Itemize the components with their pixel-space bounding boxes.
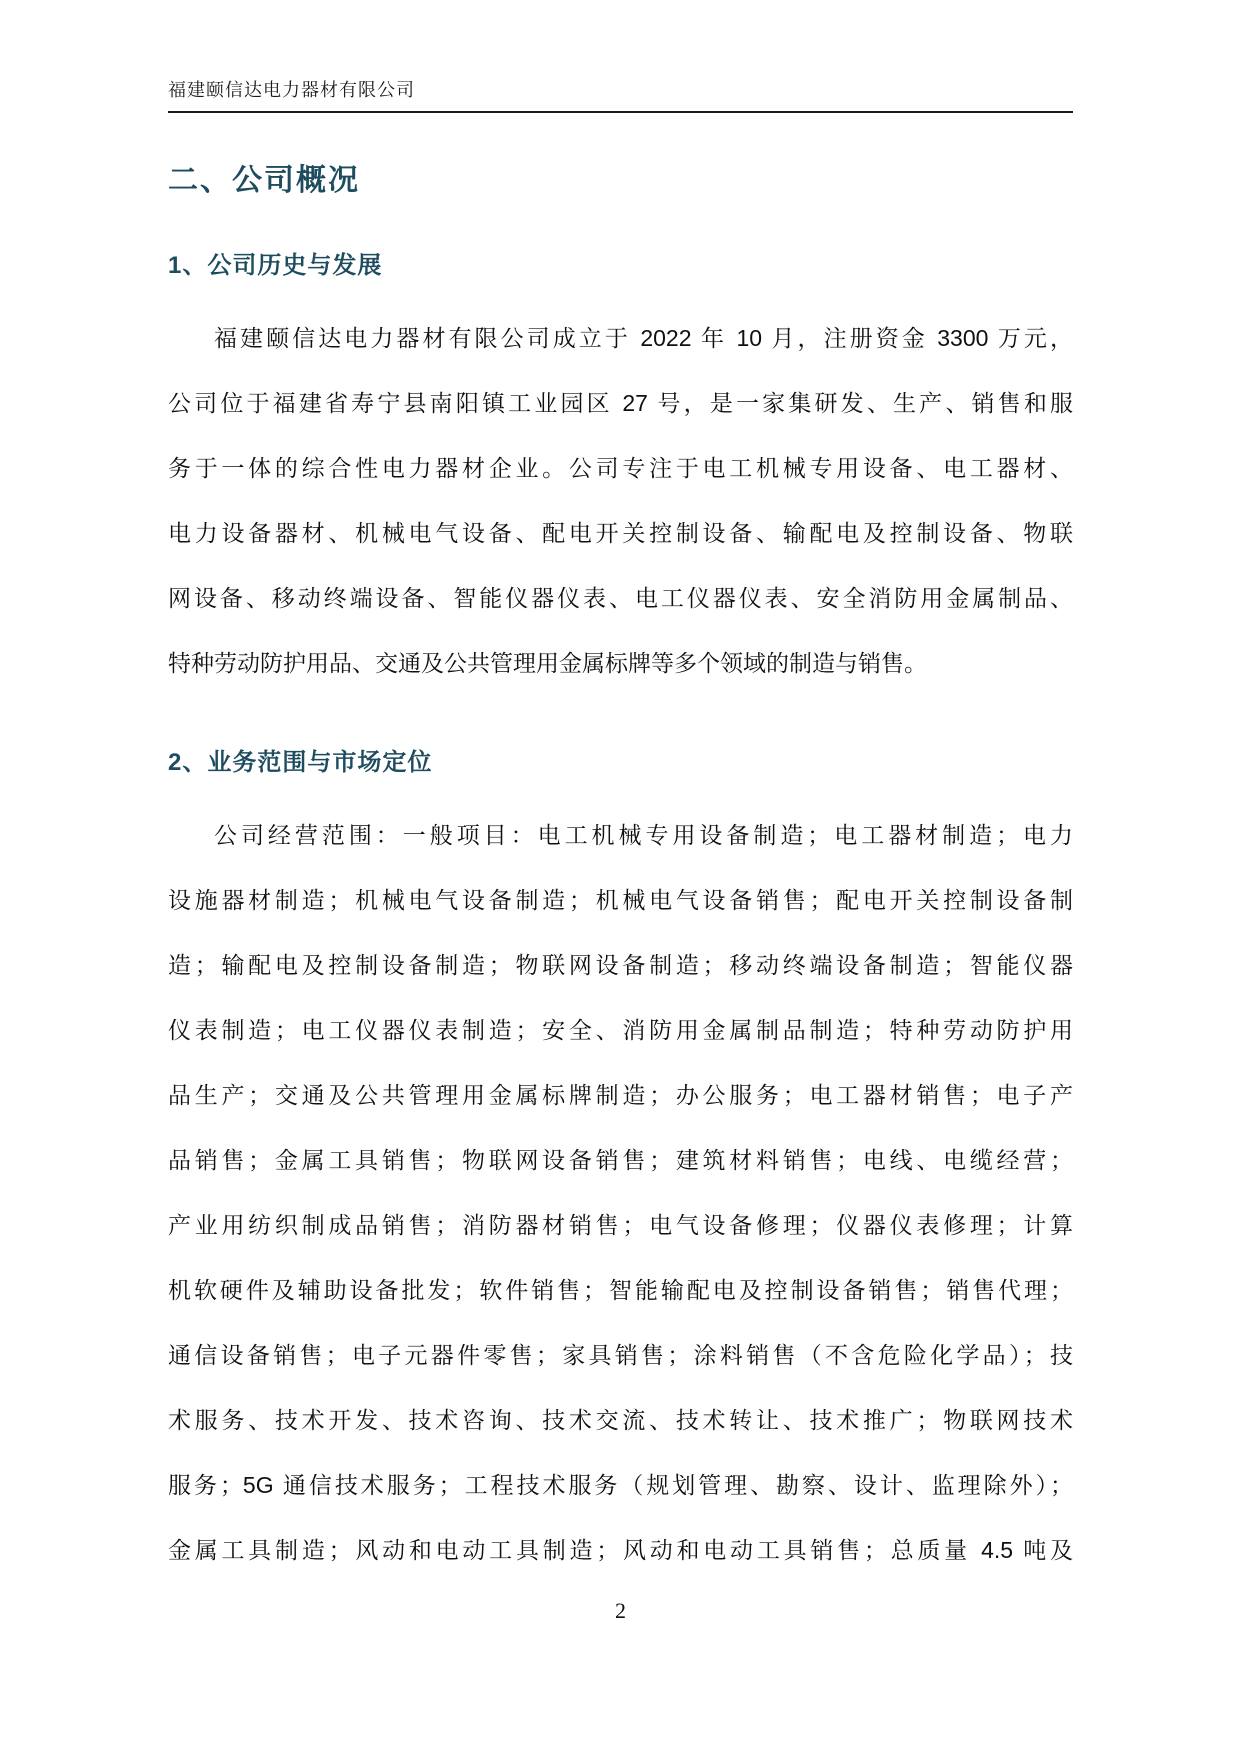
text-line: 品销售；金属工具销售；物联网设备销售；建筑材料销售；电线、电缆经营； xyxy=(168,1128,1073,1193)
text-line: 产业用纺织制成品销售；消防器材销售；电气设备修理；仪器仪表修理；计算 xyxy=(168,1193,1073,1258)
text-line: 术服务、技术开发、技术咨询、技术交流、技术转让、技术推广；物联网技术 xyxy=(168,1388,1073,1453)
text-line: 福建颐信达电力器材有限公司成立于 2022 年 10 月，注册资金 3300 万… xyxy=(168,306,1073,371)
header-company-name: 福建颐信达电力器材有限公司 xyxy=(168,76,1073,102)
text-line: 电力设备器材、机械电气设备、配电开关控制设备、输配电及控制设备、物联 xyxy=(168,501,1073,566)
section-heading-history: 1、公司历史与发展 xyxy=(168,245,1073,280)
page-footer: 2 xyxy=(0,1598,1241,1624)
section-heading-business-scope: 2、业务范围与市场定位 xyxy=(168,742,1073,777)
text-line: 金属工具制造；风动和电动工具制造；风动和电动工具销售；总质量 4.5 吨及 xyxy=(168,1518,1073,1583)
text-line: 设施器材制造；机械电气设备制造；机械电气设备销售；配电开关控制设备制 xyxy=(168,868,1073,933)
text-line: 造；输配电及控制设备制造；物联网设备制造；移动终端设备制造；智能仪器 xyxy=(168,933,1073,998)
document-title: 二、公司概况 xyxy=(168,155,1073,199)
text-line: 通信设备销售；电子元器件零售；家具销售；涂料销售（不含危险化学品）；技 xyxy=(168,1323,1073,1388)
text-line: 品生产；交通及公共管理用金属标牌制造；办公服务；电工器材销售；电子产 xyxy=(168,1063,1073,1128)
text-line: 网设备、移动终端设备、智能仪器仪表、电工仪器仪表、安全消防用金属制品、 xyxy=(168,566,1073,631)
paragraph-business-scope: 公司经营范围：一般项目：电工机械专用设备制造；电工器材制造；电力设施器材制造；机… xyxy=(168,803,1073,1583)
page-header: 福建颐信达电力器材有限公司 xyxy=(168,0,1073,113)
text-line: 公司经营范围：一般项目：电工机械专用设备制造；电工器材制造；电力 xyxy=(168,803,1073,868)
text-line: 公司位于福建省寿宁县南阳镇工业园区 27 号，是一家集研发、生产、销售和服 xyxy=(168,371,1073,436)
document-page: 福建颐信达电力器材有限公司 二、公司概况 1、公司历史与发展 福建颐信达电力器材… xyxy=(0,0,1241,1755)
page-number: 2 xyxy=(615,1598,626,1623)
text-line: 特种劳动防护用品、交通及公共管理用金属标牌等多个领域的制造与销售。 xyxy=(168,631,1073,696)
text-line: 务于一体的综合性电力器材企业。公司专注于电工机械专用设备、电工器材、 xyxy=(168,436,1073,501)
text-line: 机软硬件及辅助设备批发；软件销售；智能输配电及控制设备销售；销售代理； xyxy=(168,1258,1073,1323)
text-line: 仪表制造；电工仪器仪表制造；安全、消防用金属制品制造；特种劳动防护用 xyxy=(168,998,1073,1063)
text-line: 服务；5G 通信技术服务；工程技术服务（规划管理、勘察、设计、监理除外）； xyxy=(168,1453,1073,1518)
paragraph-history: 福建颐信达电力器材有限公司成立于 2022 年 10 月，注册资金 3300 万… xyxy=(168,306,1073,696)
